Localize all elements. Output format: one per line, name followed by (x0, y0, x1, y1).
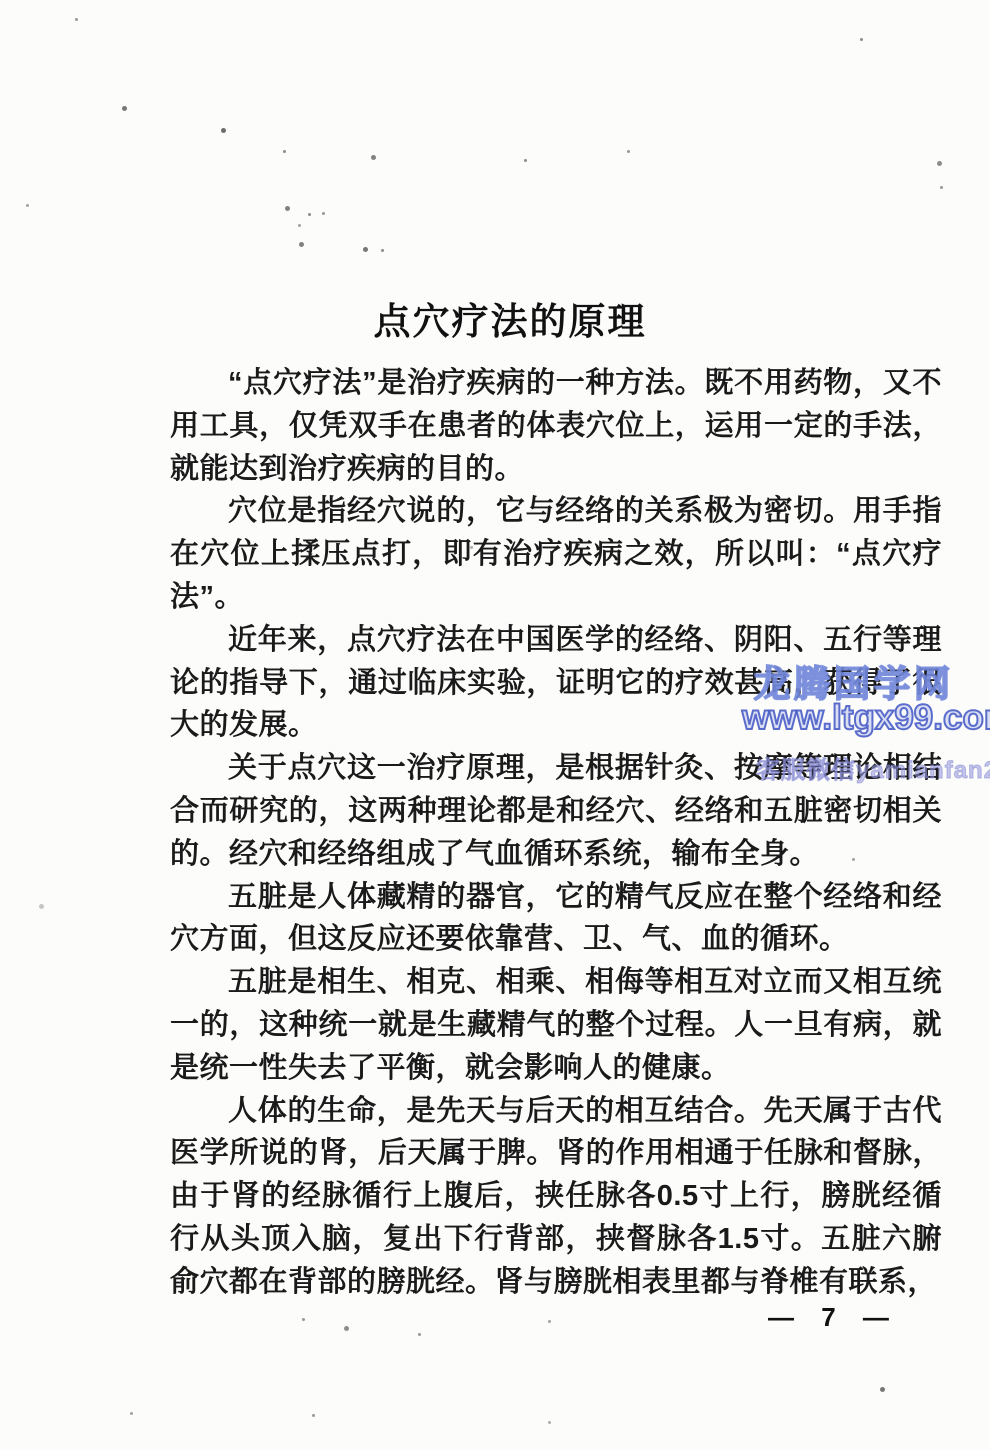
paragraph: 人体的生命，是先天与后天的相互结合。先天属于古代医学所说的肾，后天属于脾。肾的作… (170, 1090, 942, 1304)
scanned-book-page: 点穴疗法的原理 “点穴疗法”是治疗疾病的一种方法。既不用药物，又不用工具，仅凭双… (0, 0, 990, 1450)
article-body: “点穴疗法”是治疗疾病的一种方法。既不用药物，又不用工具，仅凭双手在患者的体表穴… (170, 362, 942, 1304)
paragraph: 近年来，点穴疗法在中国医学的经络、阴阳、五行等理论的指导下，通过临床实验，证明它… (170, 619, 942, 747)
page-title: 点穴疗法的原理 (0, 291, 990, 345)
scan-noise-specks (0, 0, 3, 3)
paragraph: 关于点穴这一治疗原理，是根据针灸、按摩等理论相结合而研究的，这两种理论都是和经穴… (170, 747, 942, 875)
paragraph: “点穴疗法”是治疗疾病的一种方法。既不用药物，又不用工具，仅凭双手在患者的体表穴… (170, 362, 942, 490)
paragraph: 五脏是人体藏精的器官，它的精气反应在整个经络和经穴方面，但这反应还要依靠营、卫、… (170, 876, 942, 962)
paragraph: 五脏是相生、相克、相乘、相侮等相互对立而又相互统一的，这种统一就是生藏精气的整个… (170, 961, 942, 1089)
paragraph: 穴位是指经穴说的，它与经络的关系极为密切。用手指在穴位上揉压点打，即有治疗疾病之… (170, 490, 942, 618)
page-number: — 7 — (768, 1302, 899, 1333)
